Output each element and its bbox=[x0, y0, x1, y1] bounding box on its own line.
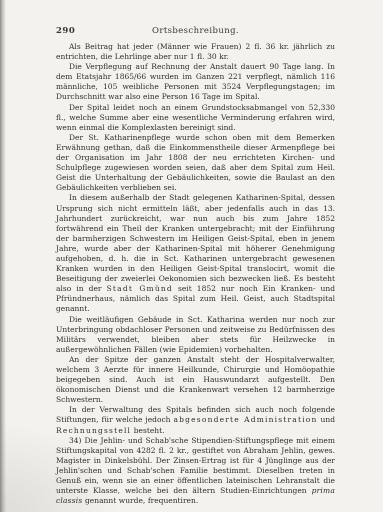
emphasized-text: Stadt Gmünd bbox=[107, 284, 173, 293]
paragraph-8: In der Verwaltung des Spitals befinden s… bbox=[56, 405, 335, 435]
text-segment: Der Spital leidet noch an einem Grundsto… bbox=[56, 103, 335, 132]
text-segment: Die Verpflegung auf Rechnung der Anstalt… bbox=[56, 62, 335, 101]
paragraph-9: 34) Die Jehlin- und Schab'sche Stipendie… bbox=[56, 436, 335, 507]
paragraph-3: Der Spital leidet noch an einem Grundsto… bbox=[56, 103, 335, 133]
paragraph-2: Die Verpflegung auf Rechnung der Anstalt… bbox=[56, 62, 335, 102]
text-segment: Der St. Katharinenpflege wurde schon obe… bbox=[56, 133, 335, 192]
paragraph-4: Der St. Katharinenpflege wurde schon obe… bbox=[56, 133, 335, 194]
text-segment: Die weitläufigen Gebäude in Sct. Kathari… bbox=[56, 315, 335, 354]
text-segment: In diesem außerhalb der Stadt gelegenen … bbox=[56, 193, 335, 293]
paragraph-7: An der Spitze der ganzen Anstalt steht d… bbox=[56, 355, 335, 405]
page-body: Als Beitrag hat jeder (Männer wie Frauen… bbox=[56, 42, 335, 506]
page-binding-shadow bbox=[0, 0, 6, 512]
emphasized-text: abgesonderte Administration bbox=[174, 415, 318, 424]
running-title: Ortsbeschreibung. bbox=[56, 26, 335, 36]
text-segment: An der Spitze der ganzen Anstalt steht d… bbox=[56, 355, 335, 404]
running-head: 290 Ortsbeschreibung. bbox=[56, 26, 335, 38]
paragraph-5: In diesem außerhalb der Stadt gelegenen … bbox=[56, 193, 335, 314]
text-segment: besteht. bbox=[131, 426, 164, 435]
paragraph-1: Als Beitrag hat jeder (Männer wie Frauen… bbox=[56, 42, 335, 62]
text-segment: und bbox=[318, 415, 335, 424]
scanned-book-page: 290 Ortsbeschreibung. Als Beitrag hat je… bbox=[0, 0, 383, 512]
text-segment: 34) Die Jehlin- und Schab'sche Stipendie… bbox=[56, 436, 335, 495]
paragraph-6: Die weitläufigen Gebäude in Sct. Kathari… bbox=[56, 315, 335, 355]
text-segment: genannt wurde, frequentiren. bbox=[82, 496, 198, 505]
emphasized-text: Rechnungsstell bbox=[56, 426, 131, 435]
text-segment: Als Beitrag hat jeder (Männer wie Frauen… bbox=[56, 42, 335, 61]
